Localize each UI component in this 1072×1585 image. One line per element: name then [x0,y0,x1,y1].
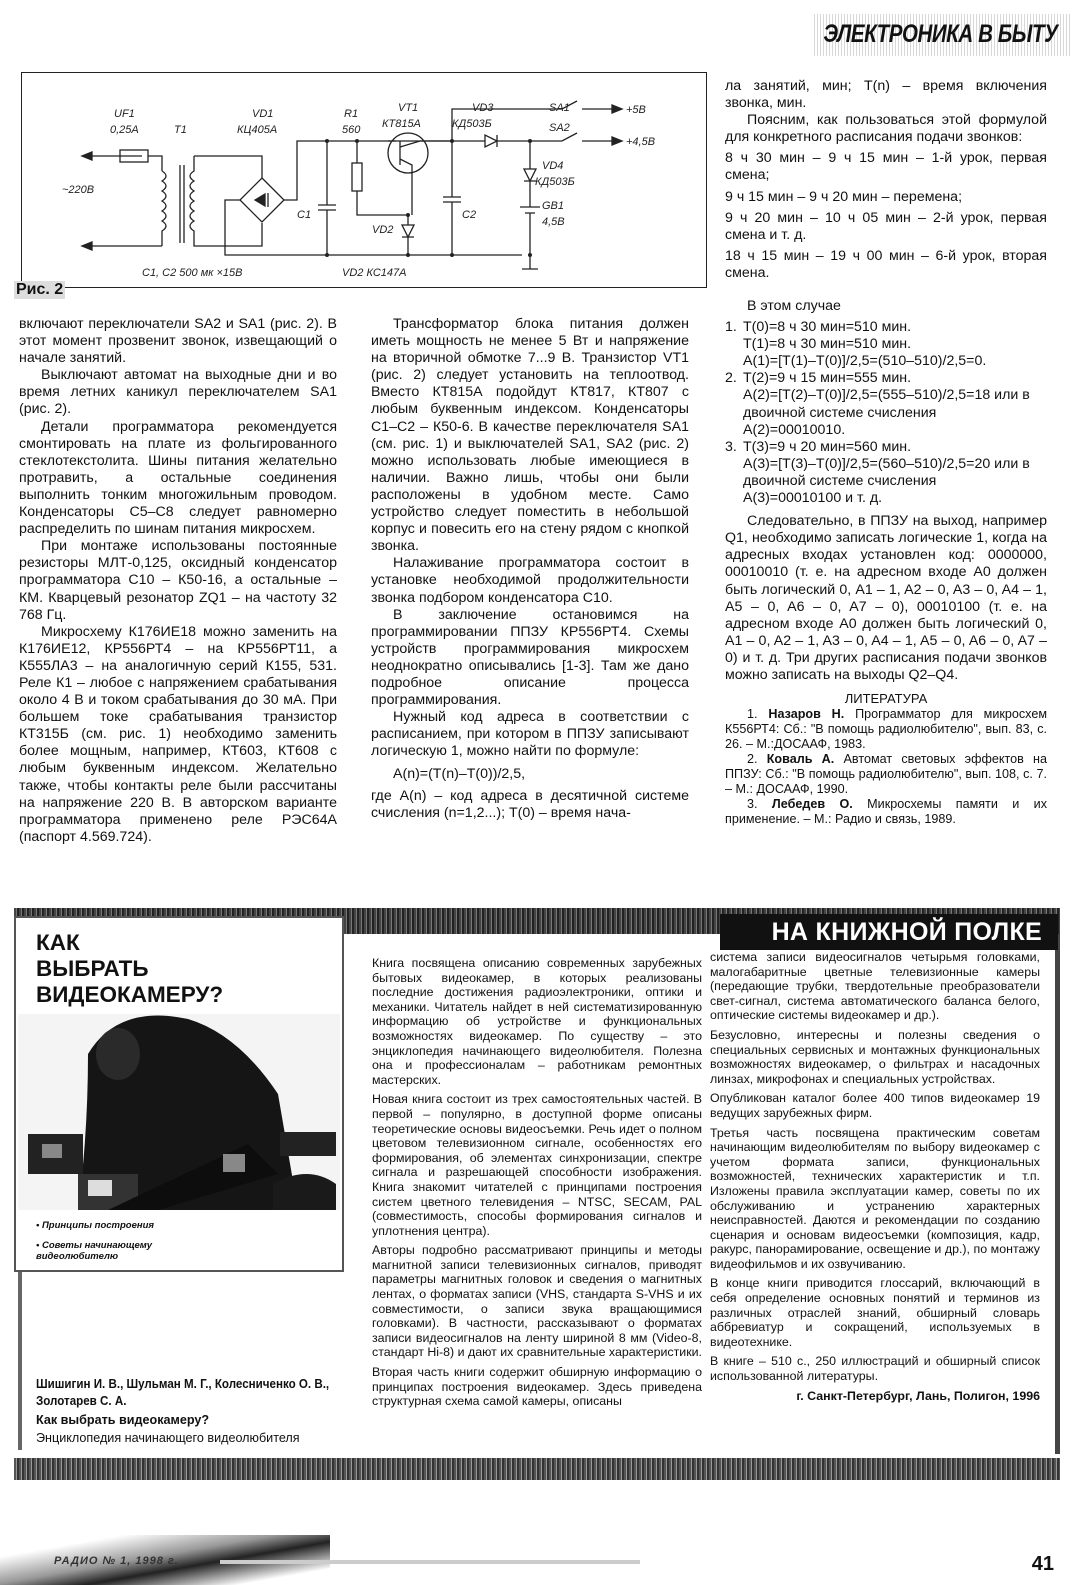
footer-rule [220,1560,640,1564]
paragraph: Вторая часть книги содержит обширную инф… [372,1365,702,1409]
paragraph: Выключают автомат на выходные дни и во в… [19,367,337,418]
paragraph: Детали программатора рекомендуется смонт… [19,419,337,539]
svg-text:SA1: SA1 [549,102,570,114]
svg-text:VD2: VD2 [372,224,393,236]
svg-text:КЦ405А: КЦ405А [237,124,277,136]
literature-heading: ЛИТЕРАТУРА [725,690,1047,707]
paragraph: Третья часть посвящена практическим сове… [710,1126,1040,1272]
svg-text:КТ815А: КТ815А [382,118,421,130]
literature-list: 1. Назаров Н. Программатор для микросхем… [725,707,1047,827]
svg-text:560: 560 [342,124,361,136]
section-title: ЭЛЕКТРОНИКА В БЫТУ [824,20,1058,49]
calculation-list: 1. T(0)=8 ч 30 мин=510 мин. T(1)=8 ч 30 … [725,319,1047,507]
svg-text:R1: R1 [344,108,358,120]
article-column-3: ла занятий, мин; T(n) – время включения … [725,78,1047,282]
svg-text:~220В: ~220В [62,184,94,196]
paragraph: Поясним, как пользоваться этой формулой … [725,112,1047,146]
paragraph: Микросхему К176ИЕ18 можно заменить на К1… [19,624,337,846]
figure-label: Рис. 2 [14,281,65,299]
schedule-item: 9 ч 15 мин – 9 ч 20 мин – перемена; [725,189,1047,206]
svg-text:+4,5В: +4,5В [626,136,655,148]
svg-text:VD1: VD1 [252,108,273,120]
schematic-figure: UF1 0,25А T1 VD1 КЦ405А R1 560 VT1 КТ815… [21,72,707,288]
paragraph: В конце книги приводится глоссарий, вклю… [710,1276,1040,1349]
cover-bullet: • Принципы построения [36,1220,154,1231]
book-metadata: Шишигин И. В., Шульман М. Г., Колесничен… [36,1376,356,1445]
reference-item: 3. Лебедев О. Микросхемы памяти и их при… [725,797,1047,827]
bell-schedule: 8 ч 30 мин – 9 ч 15 мин – 1-й урок, перв… [725,150,1047,282]
svg-text:SA2: SA2 [549,122,570,134]
paragraph: Нужный код адреса в соответствии с распи… [371,709,689,760]
article-column-2: Трансформатор блока питания должен иметь… [371,316,689,822]
book-subtitle: Энциклопедия начинающего видеолюбителя [36,1431,356,1445]
svg-text:C2: C2 [462,209,476,221]
paragraph: где A(n) – код адреса в десятичной систе… [371,788,689,822]
svg-text:VD4: VD4 [542,160,563,172]
reference-item: 2. Коваль А. Автомат световых эффектов н… [725,752,1047,797]
page-number: 41 [1032,1553,1054,1576]
paragraph: включают переключатели SA2 и SA1 (рис. 2… [19,316,337,367]
cover-title: КАК ВЫБРАТЬ ВИДЕОКАМЕРУ? [36,930,223,1008]
paragraph: Авторы подробно рассматривают принципы и… [372,1243,702,1360]
publisher: г. Санкт-Петербург, Лань, Полигон, 1996 [710,1389,1040,1404]
cover-bullet: • Советы начинающему видеолюбителю [36,1240,186,1262]
section-banner: НА КНИЖНОЙ ПОЛКЕ [720,914,1058,950]
schedule-item: 18 ч 15 мин – 19 ч 00 мин – 6-й урок, вт… [725,248,1047,282]
paragraph: Новая книга состоит из трех самостоятель… [372,1092,702,1238]
paragraph: В этом случае [725,298,1047,315]
calculation-section: В этом случае 1. T(0)=8 ч 30 мин=510 мин… [725,298,1047,827]
reference-item: 1. Назаров Н. Программатор для микросхем… [725,707,1047,752]
svg-text:C1: C1 [297,209,311,221]
paragraph: Трансформатор блока питания должен иметь… [371,316,689,555]
svg-text:VD3: VD3 [472,102,494,114]
svg-text:C1, C2 500 мк ×15В: C1, C2 500 мк ×15В [142,267,243,279]
svg-text:UF1: UF1 [114,108,135,120]
magazine-issue: РАДИО № 1, 1998 г. [54,1555,179,1567]
calc-item: 2. T(2)=9 ч 15 мин=555 мин. A(2)=[T(2)–T… [725,370,1047,438]
svg-text:T1: T1 [174,124,187,136]
schedule-item: 8 ч 30 мин – 9 ч 15 мин – 1-й урок, перв… [725,150,1047,184]
book-review-section: НА КНИЖНОЙ ПОЛКЕ КАК ВЫБРАТЬ ВИДЕОКАМЕРУ… [14,908,1060,1480]
paragraph: Книга посвящена описанию современных зар… [372,956,702,1087]
paragraph: В заключение остановимся на программиров… [371,607,689,710]
svg-text:+5В: +5В [626,104,646,116]
book-authors: Шишигин И. В., Шульман М. Г., Колесничен… [36,1376,349,1410]
svg-text:КД503Б: КД503Б [535,176,575,188]
paragraph: система записи видеосигналов четырьмя го… [710,950,1040,1023]
paragraph: При монтаже использованы постоянные рези… [19,538,337,623]
svg-text:VD2 КС147А: VD2 КС147А [342,267,406,279]
book-cover: КАК ВЫБРАТЬ ВИДЕОКАМЕРУ? • Принципы пост… [14,916,344,1272]
bottom-band [14,1458,1060,1480]
article-column-1: включают переключатели SA2 и SA1 (рис. 2… [19,316,337,846]
svg-text:VT1: VT1 [398,102,418,114]
cover-photo-person-with-camcorder [18,1014,340,1210]
paragraph: Налаживание программатора состоит в уста… [371,555,689,606]
formula: A(n)=(T(n)–T(0))/2,5, [371,766,689,783]
circuit-diagram: UF1 0,25А T1 VD1 КЦ405А R1 560 VT1 КТ815… [22,73,708,289]
schedule-item: 9 ч 20 мин – 10 ч 05 мин – 2-й урок, пер… [725,210,1047,244]
left-rule [18,1272,22,1450]
review-column-2: система записи видеосигналов четырьмя го… [710,950,1040,1408]
paragraph: Безусловно, интересны и полезны сведения… [710,1028,1040,1086]
paragraph: В книге – 510 с., 250 иллюстраций и обши… [710,1354,1040,1383]
paragraph: Следовательно, в ППЗУ на выход, например… [725,513,1047,684]
book-title: Как выбрать видеокамеру? [36,1413,356,1427]
calc-item: 1. T(0)=8 ч 30 мин=510 мин. T(1)=8 ч 30 … [725,319,1047,370]
paragraph: Опубликован каталог более 400 типов виде… [710,1091,1040,1120]
paragraph: ла занятий, мин; T(n) – время включения … [725,78,1047,112]
review-column-1: Книга посвящена описанию современных зар… [372,956,702,1414]
svg-text:0,25А: 0,25А [110,124,139,136]
svg-text:4,5В: 4,5В [542,216,565,228]
svg-text:КД503Б: КД503Б [452,118,492,130]
calc-item: 3. T(3)=9 ч 20 мин=560 мин. A(3)=[T(3)–T… [725,439,1047,507]
svg-text:GB1: GB1 [542,200,564,212]
